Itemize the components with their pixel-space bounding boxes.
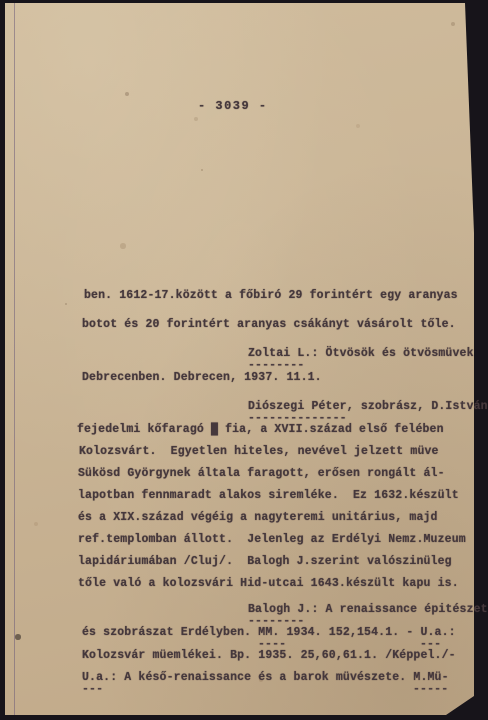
text-line: Sükösd Györgynek általa faragott, erősen…: [78, 468, 445, 480]
underline-dashes: ---: [82, 684, 103, 696]
page-margin-line: [14, 3, 15, 715]
text-line: U.a.: A késő-renaissance és a barok müvé…: [82, 672, 449, 684]
text-line: ref.templomban állott. Jelenleg az Erdél…: [78, 534, 466, 546]
text-line: fejedelmi kőfaragó █ fia, a XVII.század …: [77, 424, 444, 436]
document-page: - 3039 - ben. 1612-17.között a főbiró 29…: [5, 3, 474, 715]
page-number: - 3039 -: [198, 100, 268, 112]
text-line: és a XIX.század végéig a nagyteremi unit…: [78, 512, 438, 524]
text-line: ben. 1612-17.között a főbiró 29 forintér…: [84, 290, 458, 302]
scanned-document-screenshot: { "doc": { "page_number": "- 3039 -", "l…: [0, 0, 488, 720]
text-line: lapidáriumában /Cluj/. Balogh J.szerint …: [78, 556, 452, 568]
text-line: lapotban fennmaradt alakos siremléke. Ez…: [78, 490, 459, 502]
scan-corner-shadow: [446, 696, 474, 715]
text-line: botot és 20 forintért aranyas csákányt v…: [82, 319, 456, 331]
text-line: tőle való a kolozsvári Hid-utcai 1643.ké…: [78, 578, 459, 590]
text-line: Debrecenben. Debrecen, 1937. 11.1.: [82, 372, 322, 384]
text-line: Kolozsvár müemlékei. Bp. 1935. 25,60,61.…: [82, 650, 456, 662]
scan-edge-shadow: [465, 3, 474, 233]
text-line: Kolozsvárt. Egyetlen hiteles, nevével je…: [79, 446, 439, 458]
paper-speckles: [5, 3, 7, 5]
underline-dashes: -----: [413, 684, 448, 696]
